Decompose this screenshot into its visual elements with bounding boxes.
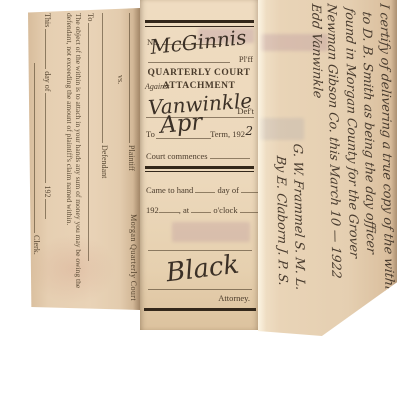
blank-line bbox=[45, 93, 54, 183]
blank-line bbox=[159, 204, 179, 213]
attorney-label: Attorney. bbox=[218, 293, 250, 303]
handwriting-signature: By E. Claborn J. P. S. bbox=[274, 156, 292, 332]
blank-line bbox=[45, 199, 54, 219]
faded-stamp bbox=[172, 222, 250, 242]
at-label: at bbox=[183, 205, 189, 215]
fold-shadow bbox=[133, 8, 140, 310]
court-commences-label: Court commences bbox=[146, 151, 208, 161]
bottom-rule-thick bbox=[144, 308, 256, 311]
blank-line bbox=[240, 204, 260, 213]
plaintiff-name-handwriting: McGinnis bbox=[149, 25, 247, 59]
blank-line bbox=[34, 63, 43, 233]
blank-line bbox=[210, 150, 250, 159]
edge-shadow bbox=[391, 0, 397, 336]
day-of-label: day of bbox=[43, 71, 52, 91]
blank-line bbox=[191, 204, 211, 213]
handwriting-line: found in Morgan County for the Grover bbox=[344, 8, 362, 332]
object-paragraph: The object of the within is to attach in… bbox=[65, 13, 83, 301]
came-to-hand-line: Came to hand day of bbox=[146, 184, 271, 195]
left-panel-rotated-text: Plaintiff Morgan Quarterly Court vs. Def… bbox=[35, 13, 139, 303]
to-line: To bbox=[86, 13, 97, 303]
right-panel-rotated-handwriting: I certify of delivering a true copy of t… bbox=[270, 4, 396, 332]
year-prefix: 192 bbox=[146, 205, 159, 215]
clerk-line: Clerk. bbox=[32, 13, 43, 303]
term-label: Term, 192 bbox=[210, 129, 245, 139]
year-prefix: 192 bbox=[43, 185, 52, 197]
handwriting-line: Edd Vanwinkle bbox=[309, 4, 327, 332]
oclock-label: o'clock bbox=[213, 205, 237, 215]
handwriting-signature: G. W. Frammel S. M. L. bbox=[291, 144, 309, 332]
court-commences-line: Court commences bbox=[146, 150, 250, 161]
fold-highlight bbox=[258, 0, 266, 336]
time-line: 192, at o'clock M bbox=[146, 204, 269, 215]
defendant-line: Defendant bbox=[100, 13, 111, 303]
vs-line: vs. bbox=[116, 13, 125, 303]
to-label: To bbox=[86, 13, 95, 21]
blank-line bbox=[88, 23, 97, 261]
defendant-abbrev: Def't bbox=[237, 106, 254, 116]
court-title: QUARTERLY COURT bbox=[140, 68, 258, 78]
signature-line bbox=[148, 289, 252, 290]
left-panel-filing-jacket: Plaintiff Morgan Quarterly Court vs. Def… bbox=[28, 8, 140, 310]
scanned-document-photo: Plaintiff Morgan Quarterly Court vs. Def… bbox=[0, 0, 400, 400]
term-to-label: To bbox=[146, 129, 155, 139]
vs-label: vs. bbox=[116, 75, 125, 84]
clerk-label: Clerk. bbox=[32, 235, 41, 255]
plaintiff-abbrev: Pl'ff bbox=[239, 54, 253, 64]
handwriting-line: to D. B. Smith as being the day officer bbox=[361, 12, 379, 332]
this-label: This bbox=[43, 13, 52, 27]
term-year-handwriting: 2 bbox=[245, 124, 253, 138]
date-line: This day of 192 bbox=[43, 13, 54, 303]
mid-rule-thin bbox=[145, 171, 254, 172]
right-panel-officer-return: I certify of delivering a true copy of t… bbox=[258, 0, 397, 336]
term-month-handwriting: Apr bbox=[159, 109, 203, 139]
attorney-signature-handwriting: Black bbox=[164, 250, 240, 289]
defendant-label: Defendant bbox=[100, 145, 109, 178]
name-underline bbox=[148, 62, 230, 63]
blank-line bbox=[45, 29, 54, 69]
term-underline bbox=[156, 138, 211, 139]
day-of-label: day of bbox=[217, 185, 238, 195]
middle-panel-attachment-form: No. McGinnis Pl'ff QUARTERLY COURT Again… bbox=[140, 0, 258, 330]
blank-line bbox=[195, 184, 215, 193]
handwriting-line: Newman Gibson Co. this March 10 — 1922 bbox=[326, 4, 344, 332]
mid-rule-thick bbox=[145, 166, 254, 169]
top-rule-thick bbox=[145, 20, 254, 23]
blank-line bbox=[102, 13, 111, 143]
came-to-hand-label: Came to hand bbox=[146, 185, 193, 195]
